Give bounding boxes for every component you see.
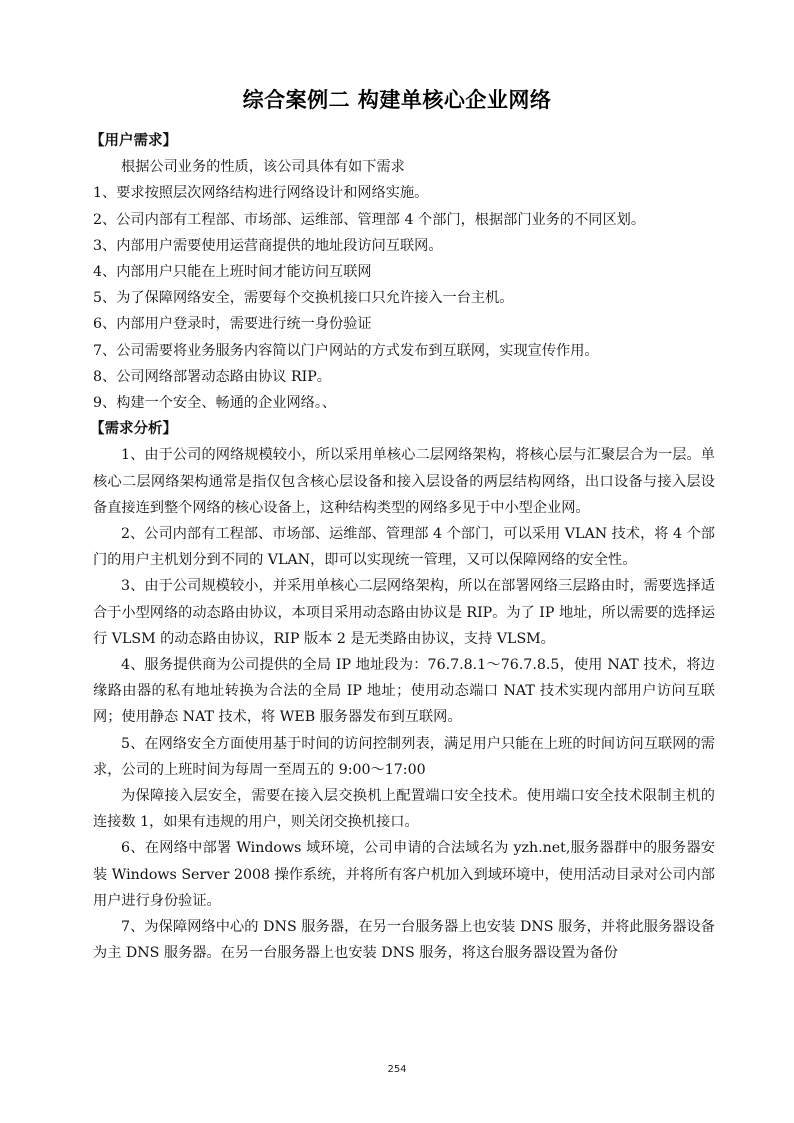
section-heading-requirement-analysis: 【需求分析】	[90, 416, 715, 442]
document-title: 综合案例二 构建单核心企业网络	[0, 84, 794, 114]
requirement-item: 8、公司网络部署动态路由协议 RIP。	[93, 364, 715, 390]
requirement-item: 9、构建一个安全、畅通的企业网络。、	[93, 390, 715, 416]
requirement-item: 6、内部用户登录时，需要进行统一身份验证	[93, 311, 715, 337]
page-number: 254	[0, 1064, 794, 1075]
requirement-item: 4、内部用户只能在上班时间才能访问互联网	[93, 259, 715, 285]
requirement-item: 3、内部用户需要使用运营商提供的地址段访问互联网。	[93, 233, 715, 259]
analysis-paragraph: 1、由于公司的网络规模较小，所以采用单核心二层网络架构，将核心层与汇聚层合为一层…	[93, 442, 715, 521]
analysis-paragraph: 2、公司内部有工程部、市场部、运维部、管理部 4 个部门，可以采用 VLAN 技…	[93, 521, 715, 573]
analysis-paragraph: 为保障接入层安全，需要在接入层交换机上配置端口安全技术。使用端口安全技术限制主机…	[93, 783, 715, 835]
requirement-item: 1、要求按照层次网络结构进行网络设计和网络实施。	[93, 180, 715, 206]
requirement-item: 5、为了保障网络安全，需要每个交换机接口只允许接入一台主机。	[93, 285, 715, 311]
analysis-paragraph: 4、服务提供商为公司提供的全局 IP 地址段为：76.7.8.1～76.7.8.…	[93, 652, 715, 731]
document-body: 【用户需求】 根据公司业务的性质，该公司具体有如下需求 1、要求按照层次网络结构…	[93, 128, 715, 967]
requirement-item: 2、公司内部有工程部、市场部、运维部、管理部 4 个部门，根据部门业务的不同区划…	[93, 207, 715, 233]
analysis-paragraph: 7、为保障网络中心的 DNS 服务器，在另一台服务器上也安装 DNS 服务，并将…	[93, 914, 715, 966]
analysis-paragraph: 5、在网络安全方面使用基于时间的访问控制列表，满足用户只能在上班的时间访问互联网…	[93, 731, 715, 783]
requirements-intro: 根据公司业务的性质，该公司具体有如下需求	[93, 154, 715, 180]
analysis-paragraph: 3、由于公司规模较小，并采用单核心二层网络架构，所以在部署网络三层路由时，需要选…	[93, 573, 715, 652]
analysis-paragraph: 6、在网络中部署 Windows 域环境，公司申请的合法域名为 yzh.net,…	[93, 835, 715, 914]
requirement-item: 7、公司需要将业务服务内容简以门户网站的方式发布到互联网，实现宣传作用。	[93, 338, 715, 364]
section-heading-user-requirements: 【用户需求】	[90, 128, 715, 154]
